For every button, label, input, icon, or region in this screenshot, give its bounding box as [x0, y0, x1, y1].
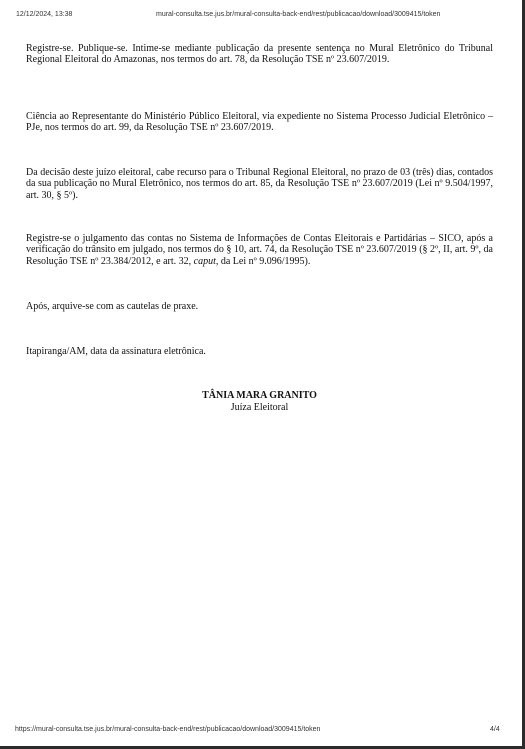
print-datetime: 12/12/2024, 13:38 — [16, 11, 72, 18]
signer-name: TÂNIA MARA GRANITO — [26, 390, 493, 402]
paragraph-publication: Registre-se. Publique-se. Intime-se medi… — [26, 43, 493, 66]
print-footer-url: https://mural-consulta.tse.jus.br/mural-… — [15, 726, 320, 733]
paragraph-appeal: Da decisão deste juízo eleitoral, cabe r… — [26, 167, 493, 201]
caput-italic: caput — [194, 256, 216, 267]
signer-role: Juíza Eleitoral — [26, 402, 493, 413]
paragraph-sico-registration: Registre-se o julgamento das contas no S… — [26, 233, 493, 267]
paragraph-ministerio-publico: Ciência ao Representante do Ministério P… — [26, 111, 493, 134]
page-indicator: 4/4 — [490, 726, 500, 733]
printed-page: 12/12/2024, 13:38 mural-consulta.tse.jus… — [0, 0, 522, 746]
paragraph-place-date: Itapiranga/AM, data da assinatura eletrô… — [26, 346, 493, 357]
print-header-url: mural-consulta.tse.jus.br/mural-consulta… — [156, 11, 440, 18]
signature-block: TÂNIA MARA GRANITO Juíza Eleitoral — [26, 390, 493, 413]
paragraph-archive: Após, arquive-se com as cautelas de prax… — [26, 301, 493, 312]
sico-text-after: , da Lei nº 9.096/1995). — [216, 256, 310, 267]
